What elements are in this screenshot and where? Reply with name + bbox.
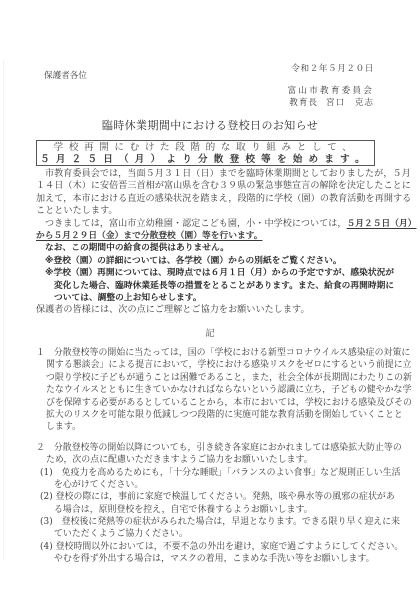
sub-item-2-line: る場合は，原則登校を控え，自宅で休養するようお願いします。	[36, 504, 386, 516]
headline-line-1: 学校再開にむけた段階的な取り組みとして、	[37, 142, 374, 154]
headline-box: 学校再開にむけた段階的な取り組みとして、 ５月２５日（月）より分散登校等を始めま…	[36, 140, 375, 166]
start-date-emphasis: ５月２５日（月）	[347, 219, 417, 229]
note-reopen-line: ついては、調整の上お知らせします。	[36, 292, 380, 304]
schedule-period-emphasis: から５月２９日（金）まで分散登校（園）等を行います。	[36, 231, 262, 241]
document-title: 臨時休業期間中における登校日のお知らせ	[0, 117, 420, 133]
issue-date: 令和２年５月２０日	[291, 62, 374, 74]
sub-item-3-line: ていただくようご協力ください。	[36, 528, 386, 540]
note-reopen-line: 変化した場合、臨時休業延長等の措置をとることがあります。また、給食の再開時期に	[36, 280, 380, 292]
signatory: 教育長宮口 克志	[289, 96, 374, 108]
note-details: ※登校（園）の詳細については、各学校（園）からの別紙をご覧ください。	[36, 255, 380, 267]
item-1-line: １ 分散登校等の開始に当たっては，国の「学校における新型コロナウイルス感染症の対…	[36, 347, 386, 359]
body-paragraph-2-line: から５月２９日（金）まで分散登校（園）等を行います。	[36, 230, 380, 242]
addressee: 保護者各位	[44, 69, 87, 81]
sub-item-4-line: (4) 登校時間以外においては，不要不急の外出を避け，家庭で過ごすようにしてくだ…	[36, 541, 386, 553]
sub-item-1-line: (1) 免疫力を高めるためにも，「十分な睡眠」「バランスのよい食事」など規則正し…	[36, 467, 386, 479]
numbered-items: １ 分散登校等の開始に当たっては，国の「学校における新型コロナウイルス感染症の対…	[36, 347, 386, 566]
item-1-line: つ限り学校に子どもが通うことは困難であること，また，社会全体が長期間にわたりこの…	[36, 372, 386, 384]
item-2-line: ため，次の点に配慮いただきますようご協力をお願いいたします。	[36, 454, 386, 466]
body-text: 市教育委員会では，当面５月３１日（日）までを臨時休業期間としておりましたが，５月…	[36, 168, 380, 317]
item-1-line: びを保障する必要があるとしていることから，本市においては，学校における感染及びそ…	[36, 397, 386, 409]
body-paragraph-1-line: 加えて，本市における直近の感染状況を踏まえ，段階的に学校（園）の教育活動を再開す…	[36, 193, 380, 205]
signatory-name: 宮口 克志	[326, 98, 374, 108]
signatory-title: 教育長	[289, 98, 318, 108]
headline-line-2: ５月２５日（月）より分散登校等を始めます。	[37, 154, 374, 166]
scan-edge-shadow	[3, 60, 4, 560]
issuing-organization: 富山市教育委員会	[288, 84, 374, 96]
ki-heading: 記	[0, 325, 420, 339]
cooperation-request: 保護者の皆様には、次の点にご理解とご協力をお願いいたします。	[36, 304, 380, 316]
item-2-line: ２ 分散登校等の開始以降についても，引き続き各家庭におかれましては感染拡大防止等…	[36, 442, 386, 454]
item-1-line: たなウイルスとともに生きていかなければならないという認識に立ち，子どもの健やかな…	[36, 384, 386, 396]
item-1-line: 拡大のリスクを可能な限り低減しつつ段階的に実施可能な教育活動を開始していくことと	[36, 409, 386, 421]
schedule-intro-text: つきましては，富山市立幼稚園・認定こども園，小・中学校については，	[45, 219, 347, 229]
sub-item-2-line: (2) 登校の際には，事前に家庭で検温してください。発熱，咳や鼻水等の風邪の症状…	[36, 491, 386, 503]
body-paragraph-1-line: ことといたします。	[36, 205, 380, 217]
note-reopen-line: ※学校（園）再開については、現時点では６月１日（月）からの予定ですが、感染状況が	[36, 267, 380, 279]
body-paragraph-1-line: 市教育委員会では，当面５月３１日（日）までを臨時休業期間としておりましたが，５月	[36, 168, 380, 180]
sub-item-4-line: やむを得ず外出する場合は，マスクの着用，こまめな手洗い等をお願いします。	[36, 553, 386, 565]
note-no-lunch: なお、この期間中の給食の提供はありません。	[36, 242, 380, 254]
item-1-line: します。	[36, 421, 386, 433]
body-paragraph-2-line: つきましては，富山市立幼稚園・認定こども園，小・中学校については，５月２５日（月…	[36, 218, 380, 230]
sub-item-3-line: (3) 登校後に発熱等の症状がみられた場合は，早退となります。できる限り早く迎え…	[36, 516, 386, 528]
item-1-line: 関する懇談会」による提言において，学校における感染リスクをゼロにするという前提に…	[36, 359, 386, 371]
body-paragraph-1-line: １４日（木）に安倍晋三首相が富山県を含む３９県の緊急事態宣言の解除を決定したこと…	[36, 180, 380, 192]
document-page: 令和２年５月２０日 保護者各位 富山市教育委員会 教育長宮口 克志 臨時休業期間…	[0, 0, 420, 594]
sub-item-1-line: を心がけてください。	[36, 479, 386, 491]
